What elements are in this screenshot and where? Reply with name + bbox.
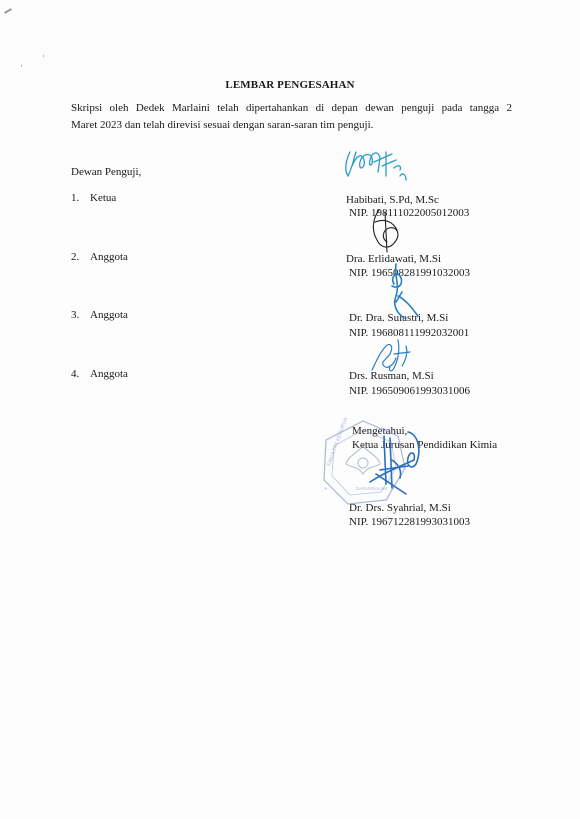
scan-dust <box>43 55 44 57</box>
examiner-nip: NIP. 196508281991032003 <box>349 267 470 279</box>
examiner-name: Dr. Dra. Sulastri, M.Si <box>349 312 448 324</box>
examiner-number: 1. <box>71 192 79 204</box>
scan-dust <box>21 65 22 67</box>
board-label: Dewan Penguji, <box>71 166 141 178</box>
approval-label: Mengetahui, <box>352 425 407 437</box>
examiner-nip: NIP. 198111022005012003 <box>349 207 469 219</box>
examiner-number: 3. <box>71 309 79 321</box>
examiner-role: Anggota <box>90 368 128 380</box>
svg-text:FAKULTAS KEGURUAN: FAKULTAS KEGURUAN <box>326 418 350 467</box>
svg-text:DARUSSALAM: DARUSSALAM <box>356 486 387 491</box>
scan-artifact <box>4 8 12 14</box>
examiner-name: Habibati, S.Pd, M.Sc <box>346 194 439 206</box>
examiner-nip: NIP. 196808111992032001 <box>349 327 469 339</box>
signature-ketua-icon <box>340 146 440 190</box>
page-title: LEMBAR PENGESAHAN <box>0 79 580 91</box>
approval-name: Dr. Drs. Syahrial, M.Si <box>349 502 451 514</box>
approval-nip: NIP. 196712281993031003 <box>349 516 470 528</box>
examiner-name: Dra. Erlidawati, M.Si <box>346 253 441 265</box>
approval-position: Ketua Jurusan Pendidikan Kimia <box>352 439 497 451</box>
examiner-number: 4. <box>71 368 79 380</box>
intro-line-1: Skripsi oleh Dedek Marlaini telah dipert… <box>71 100 512 117</box>
examiner-role: Ketua <box>90 192 116 204</box>
examiner-name: Drs. Rusman, M.Si <box>349 370 434 382</box>
examiner-role: Anggota <box>90 309 128 321</box>
examiner-nip: NIP. 196509061993031006 <box>349 385 470 397</box>
svg-text:*: * <box>324 486 328 494</box>
intro-paragraph: Skripsi oleh Dedek Marlaini telah dipert… <box>71 100 512 134</box>
examiner-number: 2. <box>71 251 79 263</box>
intro-line-2: Maret 2023 dan telah direvisi sesuai den… <box>71 117 512 134</box>
examiner-role: Anggota <box>90 251 128 263</box>
document-page: LEMBAR PENGESAHAN Skripsi oleh Dedek Mar… <box>0 0 580 819</box>
